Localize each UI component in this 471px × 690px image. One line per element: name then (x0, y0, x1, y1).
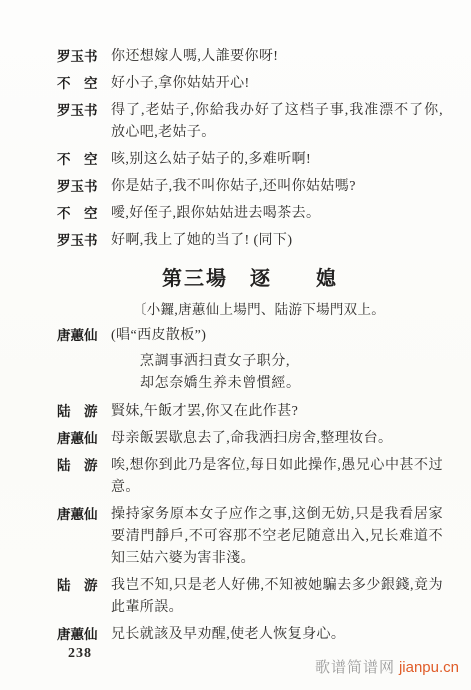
page-number: 238 (68, 646, 92, 662)
verse-line: 烹調事洒扫責女子职分, (57, 351, 443, 373)
speaker-name: 陆 游 (57, 575, 101, 619)
dialogue-row: 陆 游 我岂不知,只是老人好佛,不知被她騙去多少銀錢,竟为此輩所誤。 (57, 575, 443, 619)
speaker-name: 唐蕙仙 (57, 504, 101, 570)
dialogue-row: 唐蕙仙 操持家务原本女子应作之事,这倒无妨,只是我看居家要清門靜戶,不可容那不空… (57, 504, 443, 570)
dialogue-row: 唐蕙仙 兄长就該及早劝醒,使老人恢复身心。 (57, 624, 443, 646)
speech-text: 咳,别这么姑子姑子的,多难听啊! (111, 149, 443, 171)
aria-header-row: 唐蕙仙 (唱“西皮散板”) (57, 325, 443, 347)
dialogue-row: 罗玉书 你还想嫁人嗎,人誰要你呀! (57, 46, 443, 68)
watermark-site-url: jianpu.cn (399, 659, 459, 676)
speech-text: 賢妹,午飯才罢,你又在此作甚? (111, 401, 443, 423)
speaker-name: 不 空 (57, 203, 101, 225)
watermark-site-name: 歌谱简谱网 (315, 659, 395, 676)
speech-text: 得了,老姑子,你給我办好了这档子事,我准漂不了你,放心吧,老姑子。 (111, 100, 443, 144)
speaker-name: 唐蕙仙 (57, 624, 101, 646)
speaker-name: 罗玉书 (57, 46, 101, 68)
speaker-name: 陆 游 (57, 455, 101, 499)
speech-text: 我岂不知,只是老人好佛,不知被她騙去多少銀錢,竟为此輩所誤。 (111, 575, 443, 619)
speech-text: 好小子,拿你姑姑开心! (111, 73, 443, 95)
dialogue-row: 陆 游 賢妹,午飯才罢,你又在此作甚? (57, 401, 443, 423)
speech-text: 唉,想你到此乃是客位,每日如此操作,愚兄心中甚不过意。 (111, 455, 443, 499)
speech-text: 兄长就該及早劝醒,使老人恢复身心。 (111, 624, 443, 646)
dialogue-row: 罗玉书 好啊,我上了她的当了! (同下) (57, 230, 443, 252)
stage-direction: 〔小鑼,唐蕙仙上場門、陆游下場門双上。 (57, 299, 443, 321)
speaker-name: 唐蕙仙 (57, 428, 101, 450)
dialogue-row: 不 空 咳,别这么姑子姑子的,多难听啊! (57, 149, 443, 171)
speaker-name: 陆 游 (57, 401, 101, 423)
aria-annotation: (唱“西皮散板”) (111, 325, 443, 347)
dialogue-row: 罗玉书 得了,老姑子,你給我办好了这档子事,我准漂不了你,放心吧,老姑子。 (57, 100, 443, 144)
speaker-name: 罗玉书 (57, 100, 101, 144)
speech-text: 噯,好侄子,跟你姑姑进去喝茶去。 (111, 203, 443, 225)
scene-title: 第三場 逐 媳 (57, 262, 443, 291)
speaker-name: 不 空 (57, 149, 101, 171)
speaker-name: 罗玉书 (57, 230, 101, 252)
dialogue-row: 陆 游 唉,想你到此乃是客位,每日如此操作,愚兄心中甚不过意。 (57, 455, 443, 499)
speech-text: 好啊,我上了她的当了! (同下) (111, 230, 443, 252)
speech-text: 操持家务原本女子应作之事,这倒无妨,只是我看居家要清門靜戶,不可容那不空老尼随意… (111, 504, 443, 570)
speech-text: 你还想嫁人嗎,人誰要你呀! (111, 46, 443, 68)
scanned-book-page: 罗玉书 你还想嫁人嗎,人誰要你呀! 不 空 好小子,拿你姑姑开心! 罗玉书 得了… (0, 0, 471, 690)
dialogue-row: 不 空 噯,好侄子,跟你姑姑进去喝茶去。 (57, 203, 443, 225)
dialogue-row: 不 空 好小子,拿你姑姑开心! (57, 73, 443, 95)
speaker-name: 唐蕙仙 (57, 325, 101, 347)
speech-text: 你是姑子,我不叫你姑子,还叫你姑姑嗎? (111, 176, 443, 198)
watermark: 歌谱简谱网jianpu.cn (315, 656, 459, 677)
speaker-name: 罗玉书 (57, 176, 101, 198)
speech-text: 母亲飯罢歇息去了,命我洒扫房舍,整理妆台。 (111, 428, 443, 450)
dialogue-row: 罗玉书 你是姑子,我不叫你姑子,还叫你姑姑嗎? (57, 176, 443, 198)
speaker-name: 不 空 (57, 73, 101, 95)
dialogue-row: 唐蕙仙 母亲飯罢歇息去了,命我洒扫房舍,整理妆台。 (57, 428, 443, 450)
verse-line: 却怎奈嬌生养未曾慣經。 (57, 373, 443, 395)
